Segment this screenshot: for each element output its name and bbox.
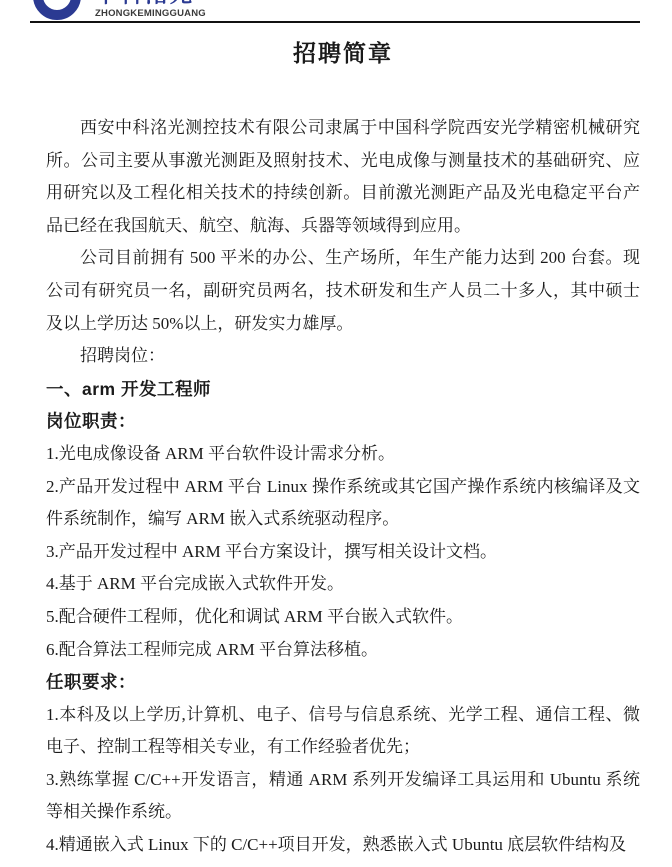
requirement-item: 4.精通嵌入式 Linux 下的 C/C++项目开发，熟悉嵌入式 Ubuntu … (46, 829, 640, 862)
section-heading-arm-engineer: 一、arm 开发工程师 (46, 373, 640, 406)
duty-item: 6.配合算法工程师完成 ARM 平台算法移植。 (46, 634, 640, 667)
duties-heading: 岗位职责： (46, 405, 640, 438)
company-logo-icon (33, 0, 81, 20)
page-title: 招聘简章 (46, 38, 640, 70)
company-logo-latin-name: ZHONGKEMINGGUANG (95, 8, 206, 19)
document-body: 招聘简章 西安中科洺光测控技术有限公司隶属于中国科学院西安光学精密机械研究所。公… (46, 38, 640, 862)
letterhead-divider (30, 21, 640, 23)
requirements-heading: 任职要求： (46, 666, 640, 699)
requirement-item: 3.熟练掌握 C/C++开发语言，精通 ARM 系列开发编译工具运用和 Ubun… (46, 764, 640, 829)
duty-item: 3.产品开发过程中 ARM 平台方案设计，撰写相关设计文档。 (46, 536, 640, 569)
duty-item: 4.基于 ARM 平台完成嵌入式软件开发。 (46, 568, 640, 601)
jobs-label: 招聘岗位： (46, 340, 640, 373)
letterhead: 中科洺光 ZHONGKEMINGGUANG (0, 0, 672, 24)
document-page: 中科洺光 ZHONGKEMINGGUANG 招聘简章 西安中科洺光测控技术有限公… (0, 0, 672, 867)
requirement-item: 1.本科及以上学历,计算机、电子、信号与信息系统、光学工程、通信工程、微电子、控… (46, 699, 640, 764)
intro-paragraph-1: 西安中科洺光测控技术有限公司隶属于中国科学院西安光学精密机械研究所。公司主要从事… (46, 112, 640, 242)
duty-item: 2.产品开发过程中 ARM 平台 Linux 操作系统或其它国产操作系统内核编译… (46, 471, 640, 536)
intro-paragraph-2: 公司目前拥有 500 平米的办公、生产场所，年生产能力达到 200 台套。现公司… (46, 242, 640, 340)
duty-item: 1.光电成像设备 ARM 平台软件设计需求分析。 (46, 438, 640, 471)
duty-item: 5.配合硬件工程师，优化和调试 ARM 平台嵌入式软件。 (46, 601, 640, 634)
company-logo-chinese-name: 中科洺光 (95, 0, 195, 6)
